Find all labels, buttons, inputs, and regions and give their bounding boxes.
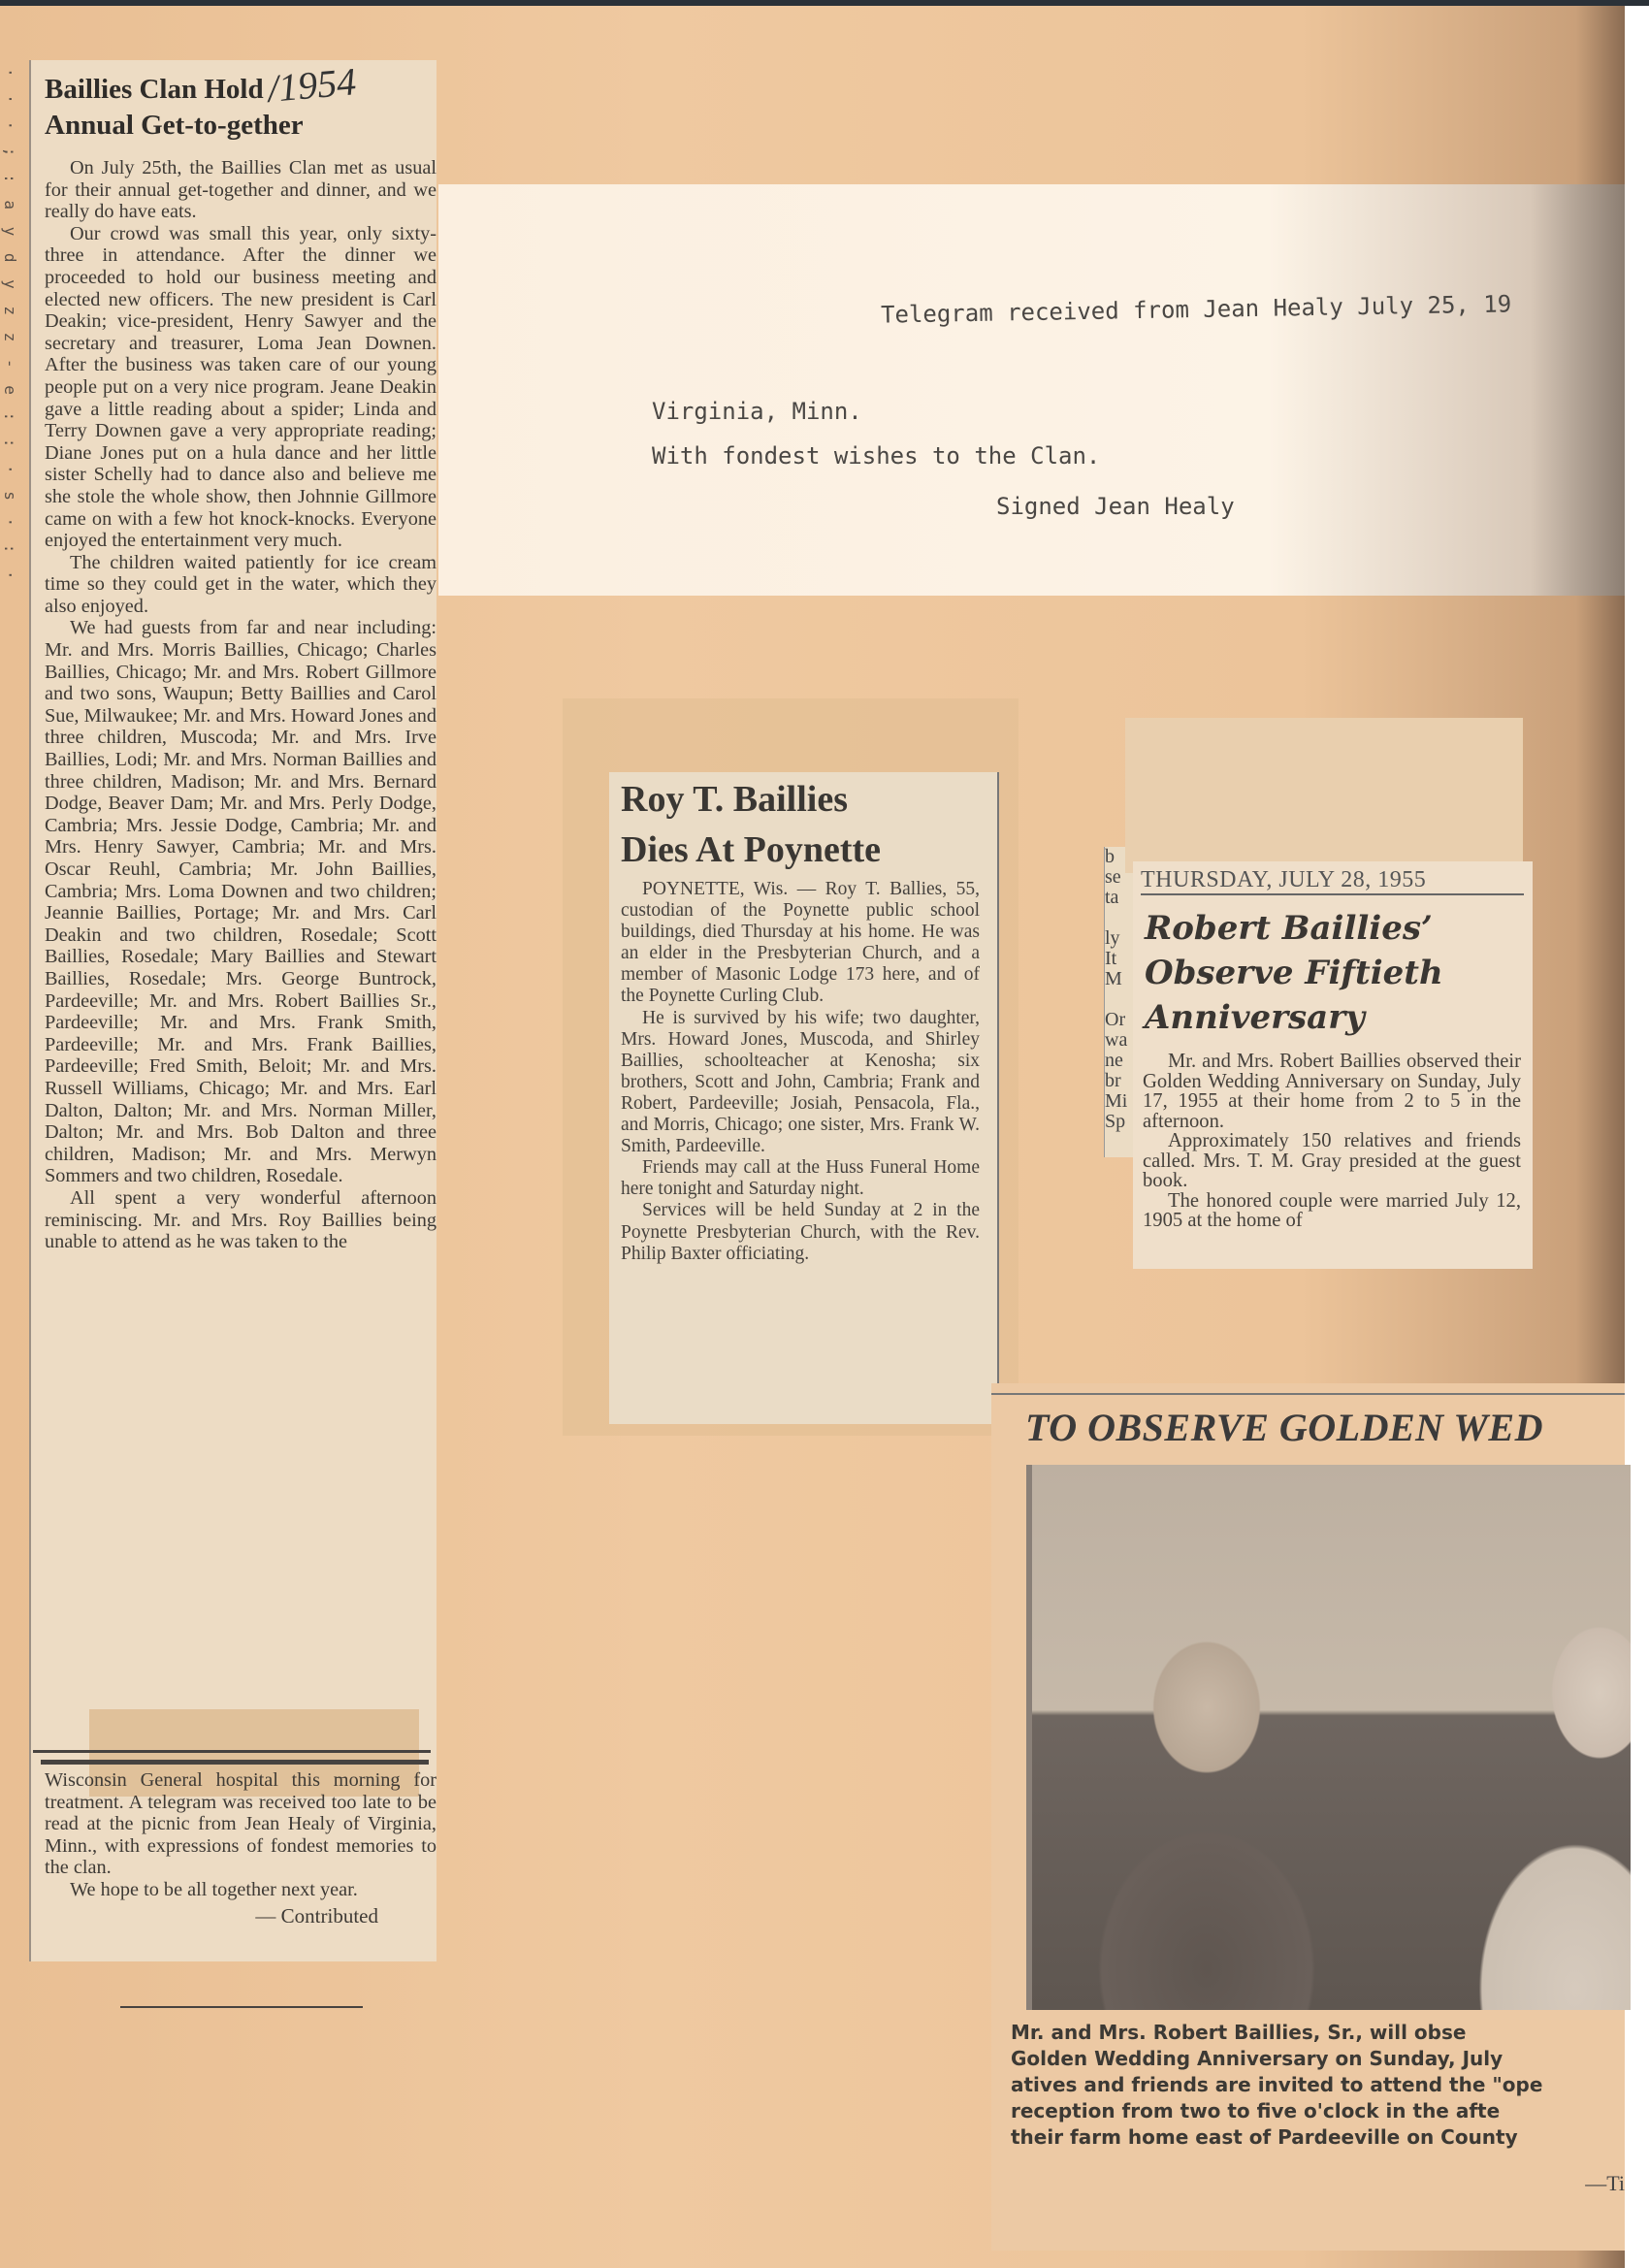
photo-caption: Mr. and Mrs. Robert Baillies, Sr., will …: [1011, 2020, 1612, 2151]
caption-line: reception from two to five o'clock in th…: [1011, 2098, 1612, 2124]
anniversary-clipping: THURSDAY, JULY 28, 1955 Robert Baillies’…: [1133, 861, 1533, 1269]
anniversary-paragraph: Mr. and Mrs. Robert Baillies observed th…: [1143, 1052, 1521, 1131]
clan-signature: — Contributed: [45, 1905, 436, 1928]
telegram-signature: Signed Jean Healy: [996, 493, 1235, 520]
left-margin-fragment: · · · ; : a y d y z z - e : : · s · : ·: [4, 68, 19, 631]
telegram-location: Virginia, Minn.: [652, 398, 862, 425]
couple-photo: [1026, 1465, 1631, 2010]
column-rule: [33, 1750, 431, 1753]
clan-headline-line1: Baillies Clan Hold: [45, 70, 264, 109]
clan-article-continued: Wisconsin General hospital this morning …: [45, 1769, 436, 1927]
anniversary-dateline: THURSDAY, JULY 28, 1955: [1141, 867, 1524, 895]
obituary-body: POYNETTE, Wis. — Roy T. Ballies, 55, cus…: [621, 879, 980, 1265]
obituary-paragraph: He is survived by his wife; two daughter…: [621, 1008, 980, 1158]
clan-paragraph: We hope to be all together next year.: [45, 1879, 436, 1901]
clan-article-body: On July 25th, the Baillies Clan met as u…: [45, 157, 436, 1253]
clan-paragraph: All spent a very wonderful afternoon rem…: [45, 1187, 436, 1253]
scan-top-edge: [0, 0, 1649, 6]
anniversary-headline-line1: Robert Baillies’: [1145, 906, 1443, 951]
anniversary-body: Mr. and Mrs. Robert Baillies observed th…: [1143, 1052, 1521, 1231]
obituary-paragraph: Services will be held Sunday at 2 in the…: [621, 1200, 980, 1264]
caption-line: their farm home east of Pardeeville on C…: [1011, 2124, 1612, 2151]
clan-paragraph: Wisconsin General hospital this morning …: [45, 1769, 436, 1879]
anniversary-headline: Robert Baillies’ Observe Fiftieth Annive…: [1145, 906, 1443, 1040]
clan-paragraph: On July 25th, the Baillies Clan met as u…: [45, 157, 436, 223]
telegram-header: Telegram received from Jean Healy July 2…: [881, 290, 1512, 328]
column-rule: [120, 2006, 363, 2008]
obituary-headline: Roy T. Baillies Dies At Poynette: [621, 774, 881, 875]
tape-strip: [1125, 718, 1523, 873]
caption-line: Golden Wedding Anniversary on Sunday, Ju…: [1011, 2046, 1612, 2072]
golden-wedding-headline: TO OBSERVE GOLDEN WED: [1025, 1405, 1543, 1450]
column-rule: [991, 1393, 1625, 1395]
caption-line: atives and friends are invited to attend…: [1011, 2072, 1612, 2098]
telegram-sheet: Telegram received from Jean Healy July 2…: [438, 184, 1625, 596]
caption-line: Mr. and Mrs. Robert Baillies, Sr., will …: [1011, 2020, 1612, 2046]
obituary-paragraph: POYNETTE, Wis. — Roy T. Ballies, 55, cus…: [621, 879, 980, 1008]
clan-headline-line2: Annual Get-to-gether: [45, 109, 452, 142]
handwritten-year: /1954: [266, 62, 357, 109]
clan-paragraph: The children waited patiently for ice cr…: [45, 552, 436, 618]
obituary-headline-line1: Roy T. Baillies: [621, 774, 881, 825]
clan-headline: Baillies Clan Hold/1954 Annual Get-to-ge…: [45, 66, 452, 142]
column-rule: [41, 1760, 429, 1765]
clan-paragraph: We had guests from far and near includin…: [45, 617, 436, 1186]
golden-wedding-clipping: TO OBSERVE GOLDEN WED Mr. and Mrs. Rober…: [991, 1383, 1625, 2251]
anniversary-headline-line3: Anniversary: [1145, 995, 1443, 1040]
telegram-message: With fondest wishes to the Clan.: [652, 442, 1100, 470]
photo-credit: —Ti: [1585, 2171, 1625, 2196]
obituary-headline-line2: Dies At Poynette: [621, 825, 881, 875]
obituary-clipping: Roy T. Baillies Dies At Poynette POYNETT…: [609, 772, 999, 1424]
obituary-paragraph: Friends may call at the Huss Funeral Hom…: [621, 1157, 980, 1200]
anniversary-headline-line2: Observe Fiftieth: [1145, 951, 1443, 995]
anniversary-paragraph: The honored couple were married July 12,…: [1143, 1191, 1521, 1231]
anniversary-paragraph: Approximately 150 relatives and friends …: [1143, 1131, 1521, 1191]
clan-paragraph: Our crowd was small this year, only sixt…: [45, 223, 436, 552]
clan-gathering-clipping: Baillies Clan Hold/1954 Annual Get-to-ge…: [29, 60, 436, 1961]
